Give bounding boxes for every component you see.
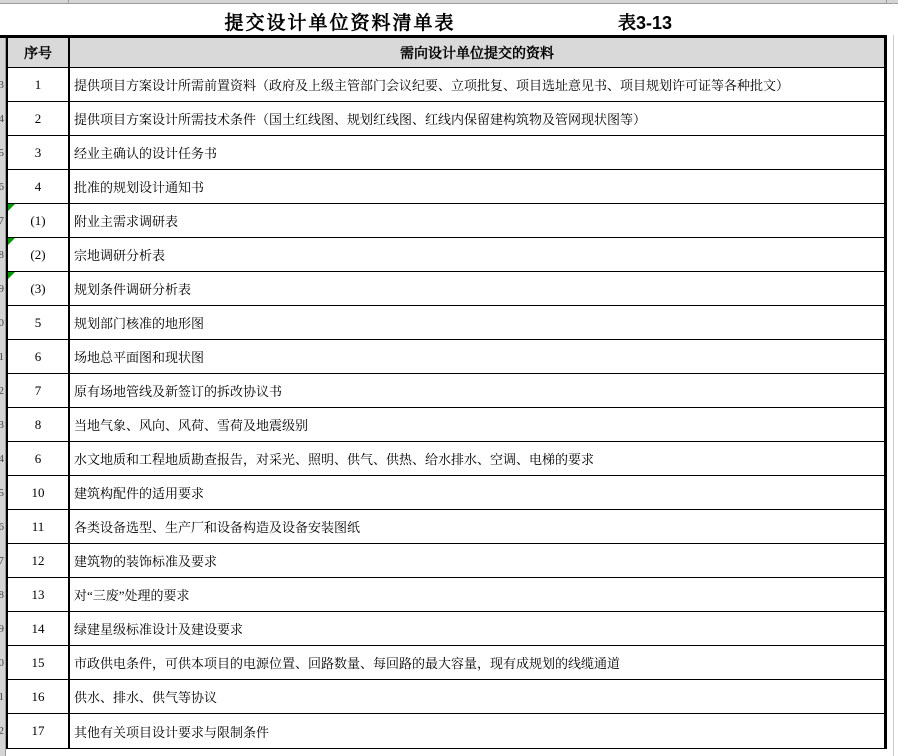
error-indicator-triangle-icon <box>8 238 15 245</box>
row-content-text: 规划条件调研分析表 <box>74 279 191 298</box>
table-row: 3 经业主确认的设计任务书 <box>8 136 884 170</box>
row-number-cell[interactable]: 16 <box>8 680 70 713</box>
sheet-row-number: 21 <box>0 680 4 714</box>
row-content-cell[interactable]: 提供项目方案设计所需前置资料（政府及上级主管部门会议纪要、立项批复、项目选址意见… <box>70 68 884 101</box>
row-content-text: 场地总平面图和现状图 <box>74 347 204 366</box>
sheet-row-number: 9 <box>0 272 4 306</box>
table-row: 7 原有场地管线及新签订的拆改协议书 <box>8 374 884 408</box>
sheet-row-number: 8 <box>0 238 4 272</box>
row-content-cell[interactable]: 建筑构配件的适用要求 <box>70 476 884 509</box>
row-content-text: 各类设备选型、生产厂和设备构造及设备安装图纸 <box>74 517 360 536</box>
table-row: (2) 宗地调研分析表 <box>8 238 884 272</box>
row-content-text: 提供项目方案设计所需技术条件（国土红线图、规划红线图、红线内保留建构筑物及管网现… <box>74 109 646 128</box>
sheet-row-number: 4 <box>0 102 4 136</box>
row-number-cell[interactable]: 6 <box>8 442 70 475</box>
row-number: (2) <box>30 247 45 263</box>
row-content-cell[interactable]: 经业主确认的设计任务书 <box>70 136 884 169</box>
row-number: 14 <box>32 621 45 637</box>
table-row: (3) 规划条件调研分析表 <box>8 272 884 306</box>
row-content-cell[interactable]: 当地气象、风向、风荷、雪荷及地震级别 <box>70 408 884 441</box>
row-content-text: 供水、排水、供气等协议 <box>74 687 217 706</box>
row-number-cell[interactable]: (3) <box>8 272 70 305</box>
row-number: 17 <box>32 723 45 739</box>
row-number: (1) <box>30 213 45 229</box>
row-content-cell[interactable]: 对“三废”处理的要求 <box>70 578 884 611</box>
sheet-row-number: 7 <box>0 204 4 238</box>
sheet-row-number: 13 <box>0 408 4 442</box>
row-number: 11 <box>32 519 45 535</box>
table-row: 6 场地总平面图和现状图 <box>8 340 884 374</box>
row-number-cell[interactable]: 7 <box>8 374 70 407</box>
row-content-cell[interactable]: 其他有关项目设计要求与限制条件 <box>70 714 884 748</box>
row-number: 15 <box>32 655 45 671</box>
row-content-text: 市政供电条件，可供本项目的电源位置、回路数量、每回路的最大容量，现有成规划的线缆… <box>74 653 620 672</box>
row-number-cell[interactable]: 12 <box>8 544 70 577</box>
header-cell-number[interactable]: 序号 <box>8 38 70 67</box>
row-number: (3) <box>30 281 45 297</box>
row-number: 5 <box>35 315 42 331</box>
row-number-cell[interactable]: 8 <box>8 408 70 441</box>
row-number: 7 <box>35 383 42 399</box>
row-number: 4 <box>35 179 42 195</box>
sheet-row-number: 16 <box>0 510 4 544</box>
sheet-gridline <box>893 0 894 756</box>
row-content-cell[interactable]: 场地总平面图和现状图 <box>70 340 884 373</box>
table-header-row: 序号 需向设计单位提交的资料 <box>8 38 884 68</box>
table-row: 16 供水、排水、供气等协议 <box>8 680 884 714</box>
row-content-cell[interactable]: 规划条件调研分析表 <box>70 272 884 305</box>
table-number-label[interactable]: 表3-13 <box>618 9 672 35</box>
row-number-cell[interactable]: (1) <box>8 204 70 237</box>
table-body: 1 提供项目方案设计所需前置资料（政府及上级主管部门会议纪要、立项批复、项目选址… <box>8 68 884 748</box>
sheet-row-number: 6 <box>0 170 4 204</box>
row-content-text: 对“三废”处理的要求 <box>74 585 190 604</box>
row-number: 16 <box>32 689 45 705</box>
table-row: 4 批准的规划设计通知书 <box>8 170 884 204</box>
row-content-cell[interactable]: 提供项目方案设计所需技术条件（国土红线图、规划红线图、红线内保留建构筑物及管网现… <box>70 102 884 135</box>
row-number-cell[interactable]: 17 <box>8 714 70 748</box>
row-content-cell[interactable]: 水文地质和工程地质勘查报告，对采光、照明、供气、供热、给水排水、空调、电梯的要求 <box>70 442 884 475</box>
sheet-row-number: 18 <box>0 578 4 612</box>
row-number-cell[interactable]: 5 <box>8 306 70 339</box>
row-content-cell[interactable]: 绿建星级标准设计及建设要求 <box>70 612 884 645</box>
sheet-row-number: 10 <box>0 306 4 340</box>
row-content-cell[interactable]: 宗地调研分析表 <box>70 238 884 271</box>
error-indicator-triangle-icon <box>8 204 15 211</box>
sheet-row-number: 3 <box>0 68 4 102</box>
spreadsheet-view: { "sheet": { "title": "提交设计单位资料清单表", "ta… <box>0 0 898 756</box>
row-content-cell[interactable]: 建筑物的装饰标准及要求 <box>70 544 884 577</box>
sheet-row-number: 19 <box>0 612 4 646</box>
materials-table: 序号 需向设计单位提交的资料 1 提供项目方案设计所需前置资料（政府及上级主管部… <box>6 38 887 749</box>
sheet-row-number: 17 <box>0 544 4 578</box>
row-content-cell[interactable]: 规划部门核准的地形图 <box>70 306 884 339</box>
table-row: 6 水文地质和工程地质勘查报告，对采光、照明、供气、供热、给水排水、空调、电梯的… <box>8 442 884 476</box>
row-number: 12 <box>32 553 45 569</box>
sheet-row-number: 11 <box>0 340 4 374</box>
row-content-text: 水文地质和工程地质勘查报告，对采光、照明、供气、供热、给水排水、空调、电梯的要求 <box>74 449 594 468</box>
row-content-text: 当地气象、风向、风荷、雪荷及地震级别 <box>74 415 308 434</box>
table-row: 8 当地气象、风向、风荷、雪荷及地震级别 <box>8 408 884 442</box>
row-number: 2 <box>35 111 42 127</box>
sheet-row-number: 20 <box>0 646 4 680</box>
row-content-text: 宗地调研分析表 <box>74 245 165 264</box>
table-row: (1) 附业主需求调研表 <box>8 204 884 238</box>
table-row: 10 建筑构配件的适用要求 <box>8 476 884 510</box>
row-number-cell[interactable]: 15 <box>8 646 70 679</box>
sheet-row-number: 14 <box>0 442 4 476</box>
table-row: 11 各类设备选型、生产厂和设备构造及设备安装图纸 <box>8 510 884 544</box>
row-number-cell[interactable]: 4 <box>8 170 70 203</box>
table-row: 2 提供项目方案设计所需技术条件（国土红线图、规划红线图、红线内保留建构筑物及管… <box>8 102 884 136</box>
row-content-text: 附业主需求调研表 <box>74 211 178 230</box>
row-number: 6 <box>35 349 42 365</box>
row-content-cell[interactable]: 各类设备选型、生产厂和设备构造及设备安装图纸 <box>70 510 884 543</box>
row-content-cell[interactable]: 原有场地管线及新签订的拆改协议书 <box>70 374 884 407</box>
row-number-cell[interactable]: 6 <box>8 340 70 373</box>
table-row: 12 建筑物的装饰标准及要求 <box>8 544 884 578</box>
row-number: 10 <box>32 485 45 501</box>
row-content-text: 批准的规划设计通知书 <box>74 177 204 196</box>
row-content-cell[interactable]: 市政供电条件，可供本项目的电源位置、回路数量、每回路的最大容量，现有成规划的线缆… <box>70 646 884 679</box>
table-row: 15 市政供电条件，可供本项目的电源位置、回路数量、每回路的最大容量，现有成规划… <box>8 646 884 680</box>
row-number-cell[interactable]: 2 <box>8 102 70 135</box>
row-number: 1 <box>35 77 42 93</box>
header-cell-materials[interactable]: 需向设计单位提交的资料 <box>70 38 884 67</box>
page-title[interactable]: 提交设计单位资料清单表 <box>224 8 455 35</box>
row-content-text: 原有场地管线及新签订的拆改协议书 <box>74 381 282 400</box>
row-content-text: 绿建星级标准设计及建设要求 <box>74 619 243 638</box>
row-number: 8 <box>35 417 42 433</box>
row-content-text: 建筑构配件的适用要求 <box>74 483 204 502</box>
sheet-row-number: 12 <box>0 374 4 408</box>
row-content-cell[interactable]: 供水、排水、供气等协议 <box>70 680 884 713</box>
sheet-row-number: 22 <box>0 714 4 748</box>
row-content-text: 经业主确认的设计任务书 <box>74 143 217 162</box>
row-number: 13 <box>32 587 45 603</box>
title-row: 提交设计单位资料清单表 表3-13 <box>0 4 898 35</box>
table-row: 14 绿建星级标准设计及建设要求 <box>8 612 884 646</box>
sheet-row-number: 5 <box>0 136 4 170</box>
row-content-cell[interactable]: 附业主需求调研表 <box>70 204 884 237</box>
row-number-cell[interactable]: 10 <box>8 476 70 509</box>
row-number-cell[interactable]: 13 <box>8 578 70 611</box>
row-number-cell[interactable]: 1 <box>8 68 70 101</box>
row-number: 3 <box>35 145 42 161</box>
table-row: 13 对“三废”处理的要求 <box>8 578 884 612</box>
row-content-text: 规划部门核准的地形图 <box>74 313 204 332</box>
row-number-cell[interactable]: 14 <box>8 612 70 645</box>
table-row: 17 其他有关项目设计要求与限制条件 <box>8 714 884 748</box>
sheet-row-number: 15 <box>0 476 4 510</box>
row-content-text: 建筑物的装饰标准及要求 <box>74 551 217 570</box>
row-number-cell[interactable]: 3 <box>8 136 70 169</box>
row-content-cell[interactable]: 批准的规划设计通知书 <box>70 170 884 203</box>
table-row: 1 提供项目方案设计所需前置资料（政府及上级主管部门会议纪要、立项批复、项目选址… <box>8 68 884 102</box>
row-number: 6 <box>35 451 42 467</box>
row-content-text: 其他有关项目设计要求与限制条件 <box>74 722 269 741</box>
error-indicator-triangle-icon <box>8 272 15 279</box>
row-number-cell[interactable]: 11 <box>8 510 70 543</box>
row-number-cell[interactable]: (2) <box>8 238 70 271</box>
row-content-text: 提供项目方案设计所需前置资料（政府及上级主管部门会议纪要、立项批复、项目选址意见… <box>74 75 789 94</box>
table-row: 5 规划部门核准的地形图 <box>8 306 884 340</box>
